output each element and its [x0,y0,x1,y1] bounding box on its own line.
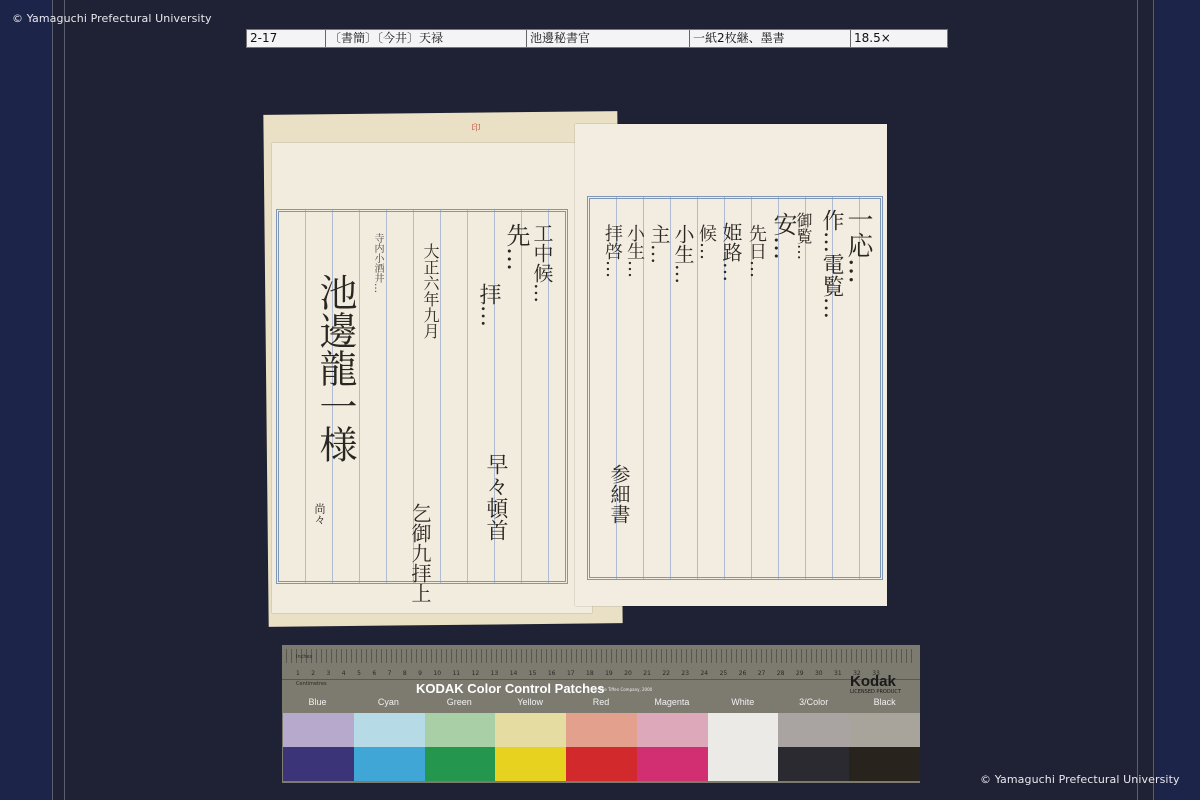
chart-copyright: © The Tiffen Company, 2000 [594,687,652,692]
date-text: 大正六年九月 [422,243,438,339]
patch-dark [425,747,496,781]
patch-dark [495,747,566,781]
backing-board-right [1155,0,1200,800]
catalog-size: 18.5× [851,30,943,47]
color-patch-white [708,713,779,781]
inches-label: Inches [296,654,312,660]
catalog-recipient: 池邊秘書官 [527,30,690,47]
cm-scale: 1234567891011121314151617181920212223242… [296,670,880,677]
letter-column: 主… [649,224,669,264]
seal-stamp: 印 [471,121,480,134]
patch-dark [708,747,779,781]
letter-column: 姫路… [721,222,741,282]
backing-board-left [0,0,52,800]
mount-edge [1137,0,1138,800]
color-patch-blue [283,713,354,781]
closing-text: 早々頓首 [484,453,506,541]
centimetres-label: Centimetres [296,681,327,687]
letter-sheet-left: 池邊龍一様 尚々 寺内小酒井… 大正六年九月 工中候… 先… 拝… 早々頓首 乞… [272,143,592,613]
catalog-title: 〔書簡〕〔今井〕天禄 [326,30,527,47]
letter-column: 先日… [747,224,765,278]
letter-sheet-right: 一応… 作…電覧… 御覧… 安… 先日… 姫路… 候… 小生… 主… 小生… 拝… [575,124,887,606]
catalog-id: 2-17 [247,30,326,47]
patch-light [495,713,566,747]
color-patch-green [425,713,496,781]
patch-label: 3/Color [778,697,849,707]
closing-text: 参細書 [609,464,629,524]
patch-dark [566,747,637,781]
patch-light [708,713,779,747]
patch-light [778,713,849,747]
color-patch-magenta [637,713,708,781]
letter-column: 小生… [673,224,693,284]
color-patches [283,713,920,781]
patch-dark [354,747,425,781]
mount-edge [52,0,53,800]
patch-label: Black [849,697,920,707]
patch-label: Cyan [353,697,424,707]
letter-column: 一応… [845,206,871,284]
licensed-product-label: LICENSED PRODUCT [850,689,901,695]
catalog-format: 一紙2枚継、墨書 [690,30,851,47]
signature-text: 乞御九拝上 [410,503,430,603]
chart-title: KODAK Color Control Patches [416,681,605,696]
mount-edge [1153,0,1154,800]
ruler-ticks [286,649,916,663]
patch-dark [637,747,708,781]
letter-column: 先… [504,223,528,271]
letter-column: 御覧… [795,212,811,260]
copyright-watermark-top: © Yamaguchi Prefectural University [12,12,212,25]
patch-label: White [707,697,778,707]
letter-column: 小生… [625,224,643,278]
patch-dark [778,747,849,781]
catalog-label: 2-17 〔書簡〕〔今井〕天禄 池邊秘書官 一紙2枚継、墨書 18.5× [246,29,948,48]
letter-column: 作…電覧… [820,209,842,319]
measuring-ruler: Inches 123456789101112131415161718192021… [282,645,920,680]
color-patch-red [566,713,637,781]
color-patch-black [849,713,920,781]
kodak-color-chart: Inches 123456789101112131415161718192021… [282,645,920,783]
color-patch-3-color [778,713,849,781]
patch-label: Yellow [495,697,566,707]
letter-column: 工中候… [532,223,552,303]
patch-label: Magenta [636,697,707,707]
patch-light [354,713,425,747]
patch-labels: Blue Cyan Green Yellow Red Magenta White… [282,697,920,707]
postscript-text: 尚々 [314,503,325,525]
addressee-text: 池邊龍一様 [316,273,354,463]
patch-light [849,713,920,747]
letter-column: 寺内小酒井… [372,233,382,293]
patch-light [566,713,637,747]
patch-dark [849,747,920,781]
patch-label: Red [566,697,637,707]
patch-light [425,713,496,747]
color-patch-yellow [495,713,566,781]
mount-edge [64,0,65,800]
patch-label: Green [424,697,495,707]
letter-column: 候… [697,224,715,260]
patch-dark [283,747,354,781]
kodak-logo: Kodak [850,673,896,690]
patch-label: Blue [282,697,353,707]
letter-column: 安… [771,212,795,260]
letter-column: 拝… [477,283,499,327]
patch-light [283,713,354,747]
copyright-watermark-bottom: © Yamaguchi Prefectural University [980,773,1180,786]
patch-light [637,713,708,747]
color-patch-cyan [354,713,425,781]
letter-column: 拝啓… [603,224,621,278]
